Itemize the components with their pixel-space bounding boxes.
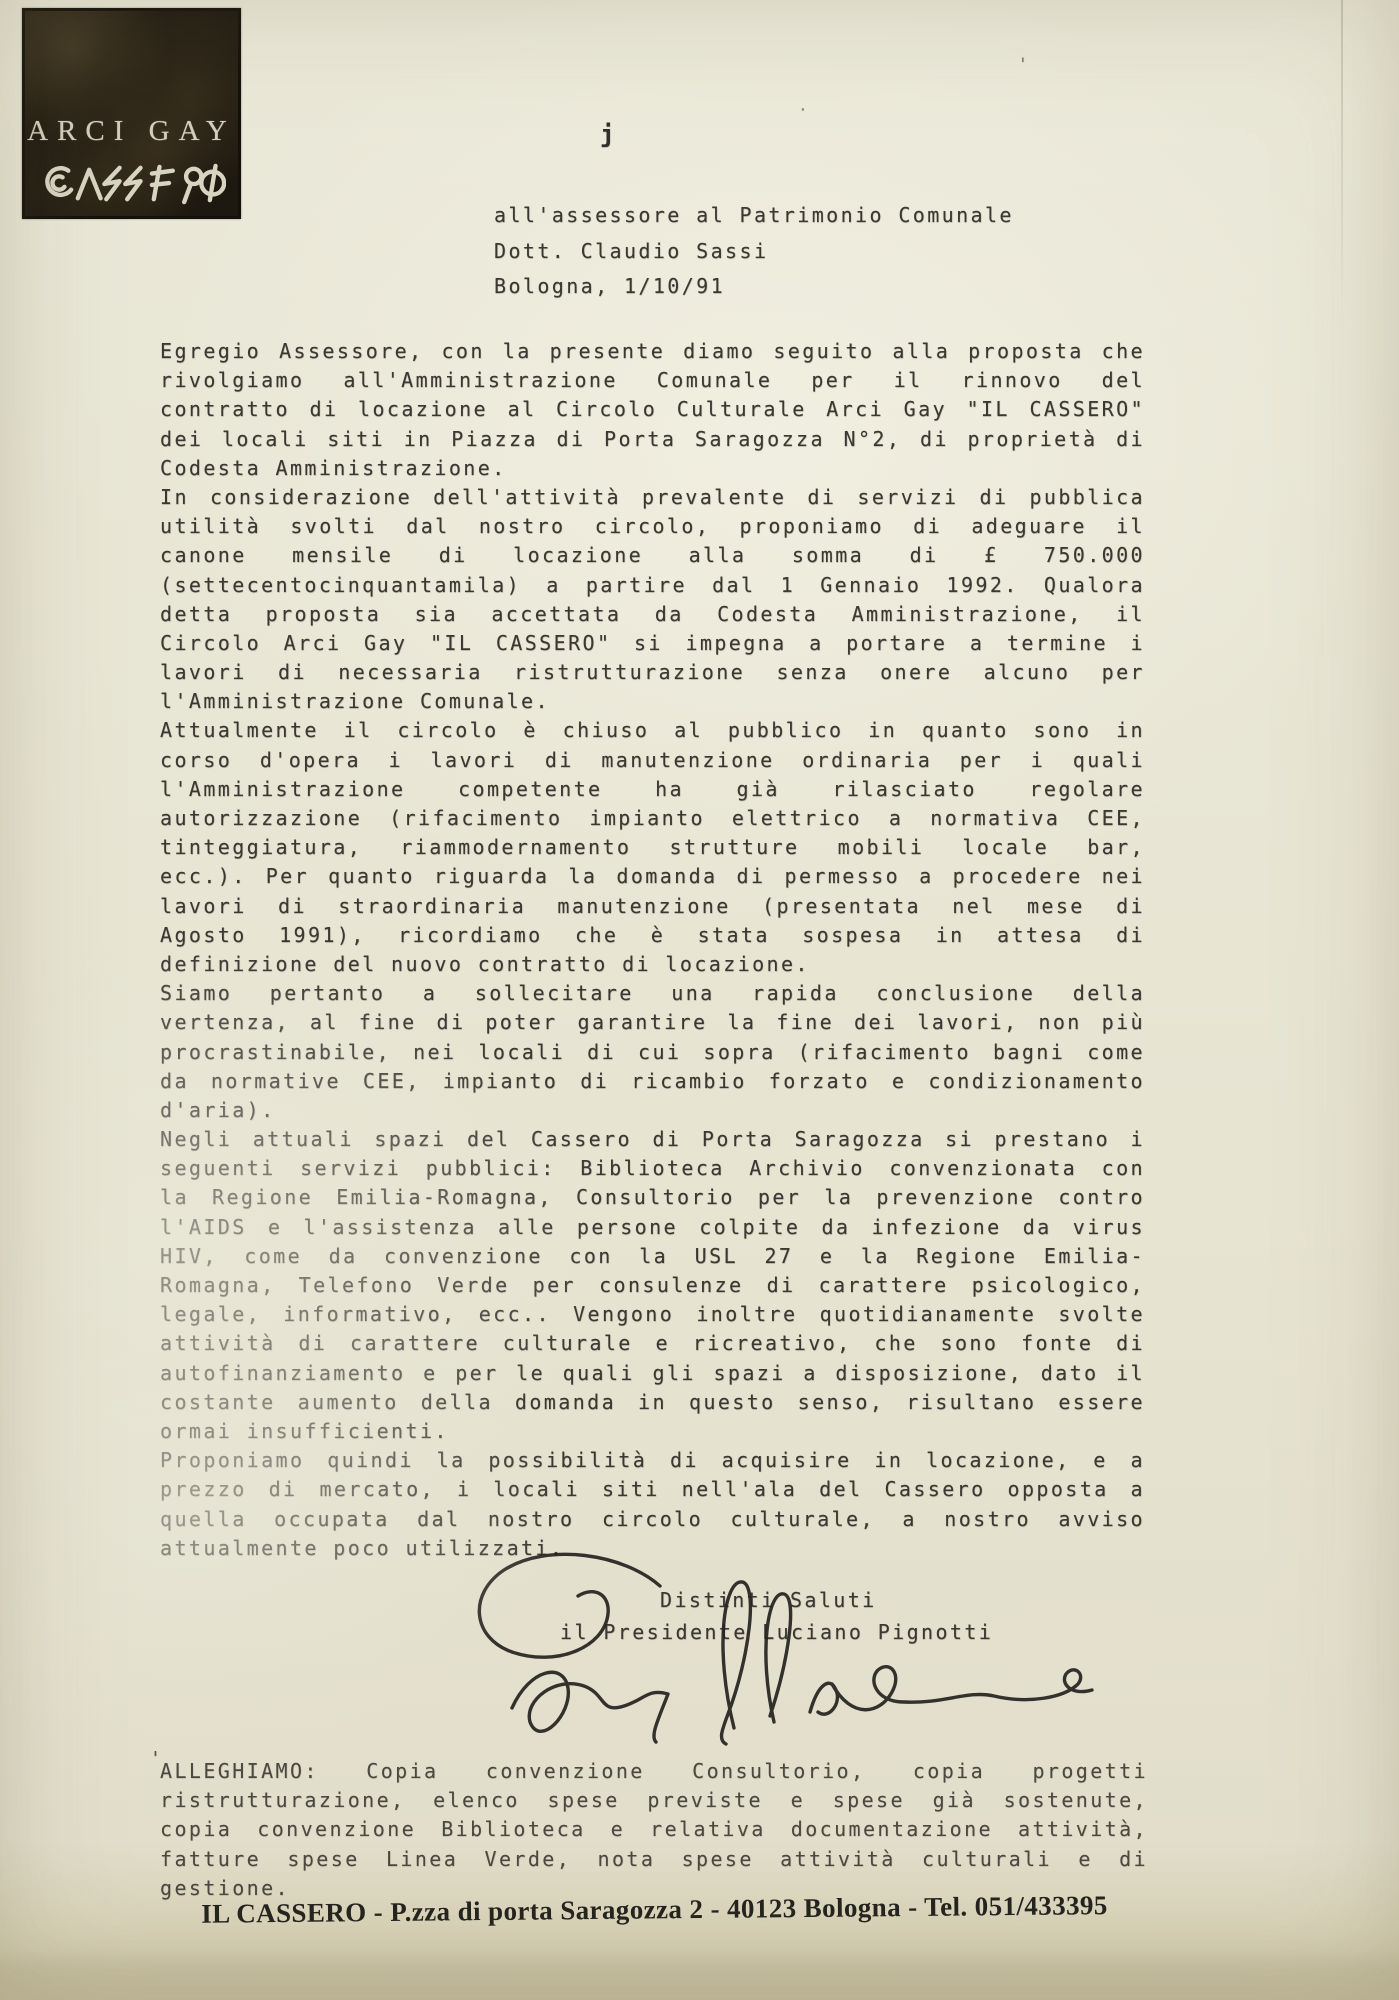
letter-date: Bologna, 1/10/91	[494, 269, 1014, 305]
body-line: l'Amministrazione Comunale.	[160, 687, 1145, 716]
body-line: contratto di locazione al Circolo Cultur…	[160, 395, 1145, 424]
attachments-line: fatture spese Linea Verde, nota spese at…	[160, 1845, 1148, 1874]
recipient-line: all'assessore al Patrimonio Comunale	[494, 198, 1014, 234]
body-line: prezzo di mercato, i locali siti nell'al…	[160, 1475, 1145, 1504]
body-line: Negli attuali spazi del Cassero di Porta…	[160, 1125, 1145, 1154]
body-line: dei locali siti in Piazza di Porta Sarag…	[160, 425, 1145, 454]
body-line: da normative CEE, impianto di ricambio f…	[160, 1067, 1145, 1096]
body-line: HIV, come da convenzione con la USL 27 e…	[160, 1242, 1145, 1271]
body-line: autofinanziamento e per le quali gli spa…	[160, 1359, 1145, 1388]
body-line: Codesta Amministrazione.	[160, 454, 1145, 483]
attachments-line: copia convenzione Biblioteca e relativa …	[160, 1815, 1148, 1844]
body-line: Circolo Arci Gay "IL CASSERO" si impegna…	[160, 629, 1145, 658]
body-line: corso d'opera i lavori di manutenzione o…	[160, 746, 1145, 775]
body-line: canone mensile di locazione alla somma d…	[160, 541, 1145, 570]
body-line: (settecentocinquantamila) a partire dal …	[160, 571, 1145, 600]
logo-organization-text: ARCI GAY	[25, 115, 238, 148]
body-line: Siamo pertanto a sollecitare una rapida …	[160, 979, 1145, 1008]
body-text: Egregio Assessore, con la presente diamo…	[160, 337, 1145, 1563]
body-line: utilità svolti dal nostro circolo, propo…	[160, 512, 1145, 541]
body-line: vertenza, al fine di poter garantire la …	[160, 1008, 1145, 1037]
body-line: Romagna, Telefono Verde per consulenze d…	[160, 1271, 1145, 1300]
body-line: autorizzazione (rifacimento impianto ele…	[160, 804, 1145, 833]
body-line: Proponiamo quindi la possibilità di acqu…	[160, 1446, 1145, 1475]
body-line: costante aumento della domanda in questo…	[160, 1388, 1145, 1417]
body-line: procrastinabile, nei locali di cui sopra…	[160, 1038, 1145, 1067]
body-line: In considerazione dell'attività prevalen…	[160, 483, 1145, 512]
body-line: lavori di straordinaria manutenzione (pr…	[160, 892, 1145, 921]
attachments-block: ALLEGHIAMO: Copia convenzione Consultori…	[160, 1757, 1148, 1903]
arci-gay-logo: ARCI GAY	[22, 8, 241, 219]
body-line: ecc.). Per quanto riguarda la domanda di…	[160, 862, 1145, 891]
body-line: l'Amministrazione competente ha già rila…	[160, 775, 1145, 804]
attachments-line: ristrutturazione, elenco spese previste …	[160, 1786, 1148, 1815]
body-line: quella occupata dal nostro circolo cultu…	[160, 1505, 1145, 1534]
body-line: Agosto 1991), ricordiamo che è stata sos…	[160, 921, 1145, 950]
body-line: l'AIDS e l'assistenza alle persone colpi…	[160, 1213, 1145, 1242]
body-line: Egregio Assessore, con la presente diamo…	[160, 337, 1145, 366]
cassero-wordmark-icon	[36, 157, 226, 211]
body-line: Attualmente il circolo è chiuso al pubbl…	[160, 716, 1145, 745]
signature-scribble	[428, 1552, 1108, 1767]
body-line: d'aria).	[160, 1096, 1145, 1125]
stray-typed-mark: j	[600, 120, 617, 148]
attachments-line: ALLEGHIAMO: Copia convenzione Consultori…	[160, 1757, 1148, 1786]
body-line: detta proposta sia accettata da Codesta …	[160, 600, 1145, 629]
paper-crease	[1341, 0, 1343, 330]
body-line: attività di carattere culturale e ricrea…	[160, 1329, 1145, 1358]
body-line: legale, informativo, ecc.. Vengono inolt…	[160, 1300, 1145, 1329]
scan-edge	[0, 1950, 1399, 2000]
recipient-line: Dott. Claudio Sassi	[494, 234, 1014, 270]
body-line: tinteggiatura, riammodernamento struttur…	[160, 833, 1145, 862]
body-line: definizione del nuovo contratto di locaz…	[160, 950, 1145, 979]
body-line: ormai insufficienti.	[160, 1417, 1145, 1446]
letter-scan: ARCI GAY j ' · ' all'assessore al Patrim…	[0, 0, 1399, 2000]
body-line: rivolgiamo all'Amministrazione Comunale …	[160, 366, 1145, 395]
recipient-block: all'assessore al Patrimonio Comunale Dot…	[494, 198, 1014, 305]
stray-dot-mark: ·	[798, 100, 810, 119]
body-line: seguenti servizi pubblici: Biblioteca Ar…	[160, 1154, 1145, 1183]
stray-tick-mark: '	[1018, 54, 1030, 73]
body-line: la Regione Emilia-Romagna, Consultorio p…	[160, 1183, 1145, 1212]
body-line: lavori di necessaria ristrutturazione se…	[160, 658, 1145, 687]
